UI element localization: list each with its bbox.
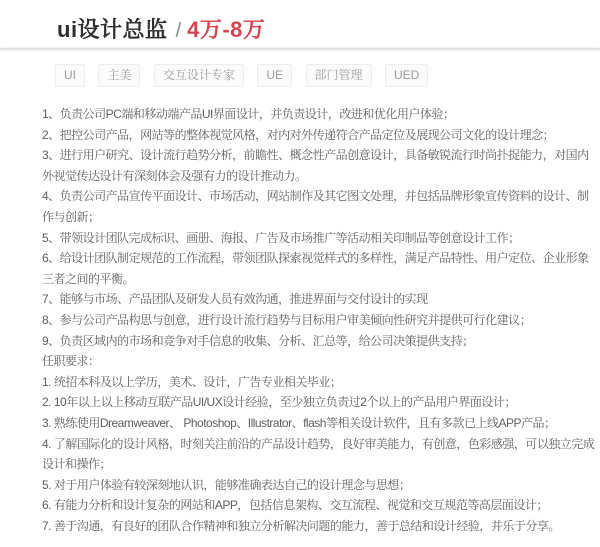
responsibility-item: 2、把控公司产品，网站等的整体视觉风格，对内对外传递符合产品定位及展现公司文化的… bbox=[42, 125, 598, 146]
tag-interaction-design-expert: 交互设计专家 bbox=[154, 64, 244, 87]
tag-ui: UI bbox=[55, 64, 85, 87]
tag-ued: UED bbox=[385, 64, 428, 87]
responsibility-item: 4、负责公司产品宣传平面设计、市场活动，网站制作及其它图文处理，并包括品牌形象宣… bbox=[42, 186, 598, 227]
job-detail-page: ui设计总监/4万-8万 UI 主美 交互设计专家 UE 部门管理 UED 1、… bbox=[0, 0, 600, 547]
responsibility-item: 5、带领设计团队完成标识、画册、海报、广告及市场推广等活动相关印制品等创意设计工… bbox=[42, 228, 598, 249]
requirement-item: 1. 统招本科及以上学历，美术、设计，广告专业相关毕业； bbox=[42, 372, 598, 393]
salary-range: 4万-8万 bbox=[187, 17, 265, 42]
requirements-heading: 任职要求： bbox=[42, 351, 598, 372]
responsibility-item: 8、参与公司产品构思与创意，进行设计流行趋势与目标用户审美倾向性研究并提供可行化… bbox=[42, 310, 598, 331]
title-separator: / bbox=[176, 20, 182, 42]
requirement-item: 4. 了解国际化的设计风格，时刻关注前沿的产品设计趋势，良好审美能力，有创意，色… bbox=[42, 434, 598, 475]
responsibility-item: 9、负责区域内的市场和竞争对手信息的收集、分析、汇总等，给公司决策提供支持； bbox=[42, 331, 598, 352]
header-divider bbox=[0, 48, 600, 50]
responsibility-item: 1、负责公司PC端和移动端产品UI界面设计，并负责设计，改进和优化用户体验； bbox=[42, 104, 598, 125]
job-header: ui设计总监/4万-8万 bbox=[0, 0, 600, 48]
requirement-item: 2. 10年以上以上移动互联产品UI/UX设计经验，至少独立负责过2个以上的产品… bbox=[42, 392, 598, 413]
responsibility-item: 7、能够与市场、产品团队及研发人员有效沟通，推进界面与交付设计的实现 bbox=[42, 289, 598, 310]
tag-list: UI 主美 交互设计专家 UE 部门管理 UED bbox=[55, 64, 600, 87]
responsibility-item: 6、给设计团队制定规范的工作流程，带领团队探索视觉样式的多样性，满足产品特性、用… bbox=[42, 248, 598, 289]
requirement-item: 5. 对于用户体验有较深刻地认识，能够准确表达自己的设计理念与思想； bbox=[42, 475, 598, 496]
tag-lead-artist: 主美 bbox=[98, 64, 140, 87]
page-title: ui设计总监 bbox=[57, 17, 168, 42]
tag-department-management: 部门管理 bbox=[306, 64, 372, 87]
requirement-item: 6. 有能力分析和设计复杂的网站和APP，包括信息架构、交互流程、视觉和交互规范… bbox=[42, 495, 598, 516]
requirement-item: 3. 熟练使用Dreamweaver、 Photoshop、Illustrato… bbox=[42, 413, 598, 434]
tag-ue: UE bbox=[257, 64, 292, 87]
responsibility-item: 3、进行用户研究、设计流行趋势分析，前瞻性、概念性产品创意设计，具备敏锐流行时尚… bbox=[42, 145, 598, 186]
job-description: 1、负责公司PC端和移动端产品UI界面设计，并负责设计，改进和优化用户体验； 2… bbox=[42, 104, 598, 536]
requirement-item: 7. 善于沟通，有良好的团队合作精神和独立分析解决问题的能力，善于总结和设计经验… bbox=[42, 516, 598, 537]
